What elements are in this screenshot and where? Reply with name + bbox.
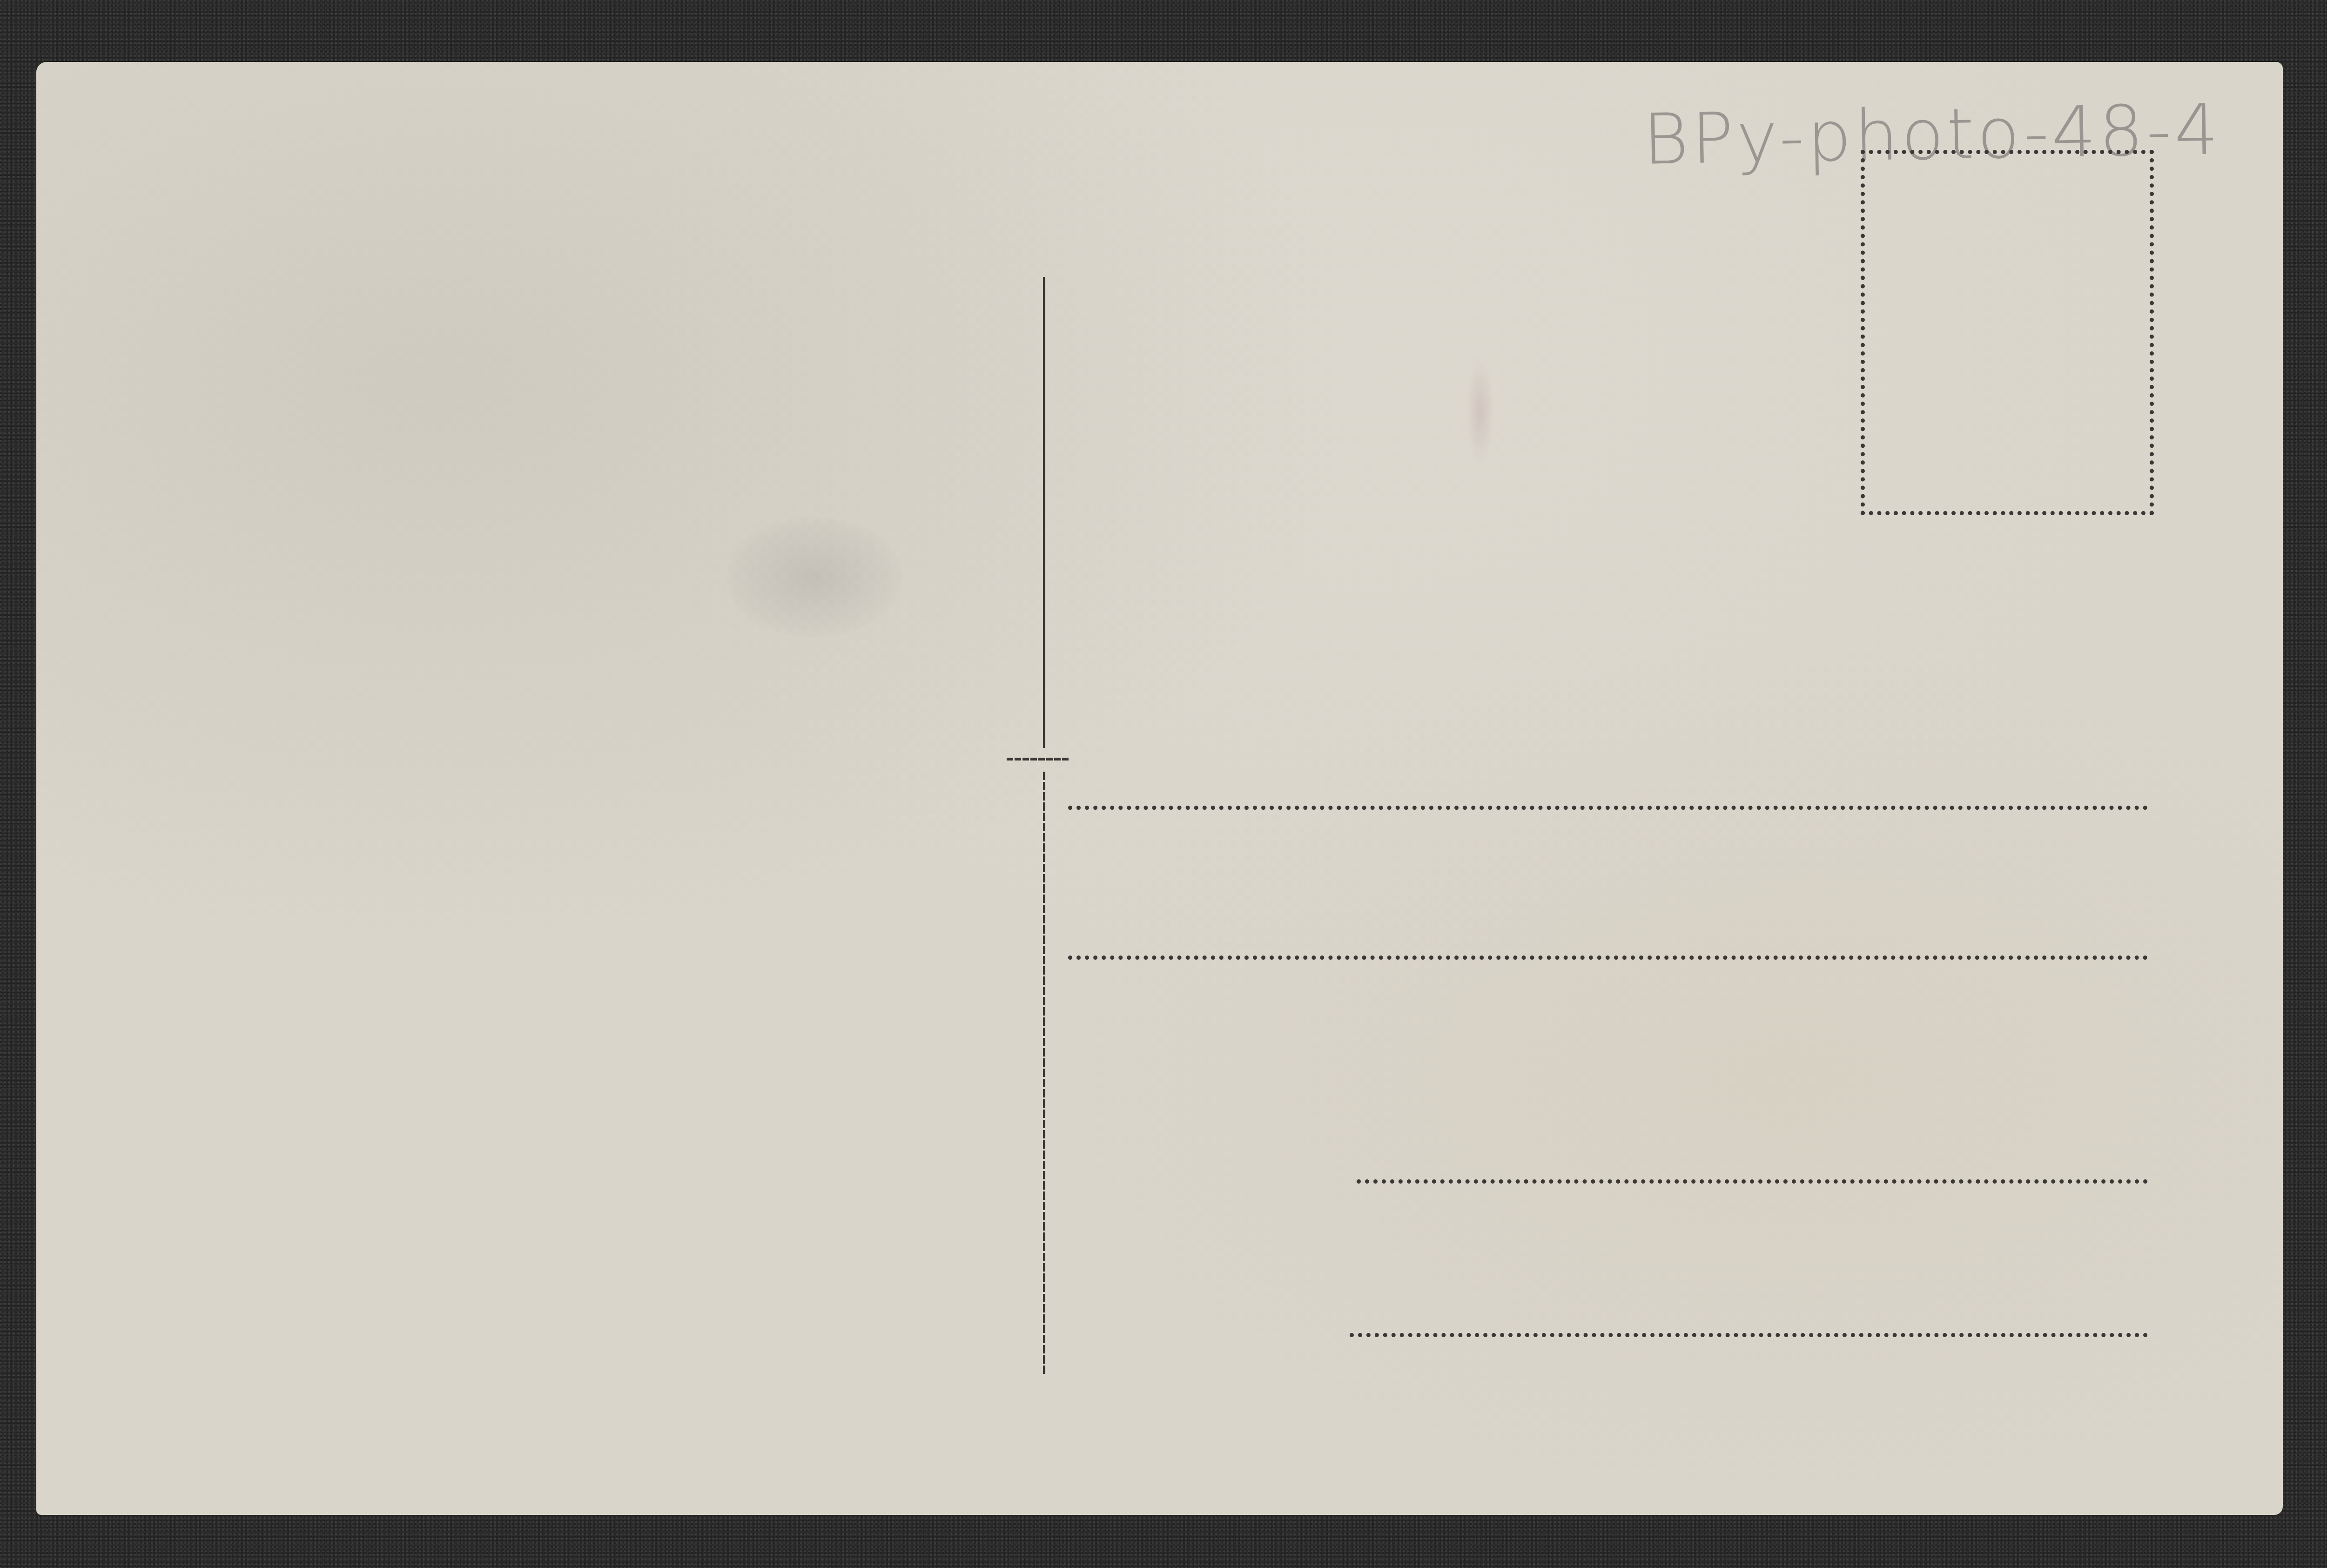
address-line-1 <box>1068 806 2148 810</box>
stain-mark <box>1466 358 1494 465</box>
stamp-box <box>1861 150 2154 515</box>
center-divider-upper <box>1043 277 1045 748</box>
message-area <box>36 62 1042 1515</box>
center-divider-tick <box>1007 758 1069 760</box>
center-divider-lower <box>1043 772 1045 1375</box>
address-line-4 <box>1350 1333 2148 1337</box>
stain-smudge <box>726 517 903 638</box>
address-line-2 <box>1068 956 2148 960</box>
address-line-3 <box>1357 1179 2148 1184</box>
